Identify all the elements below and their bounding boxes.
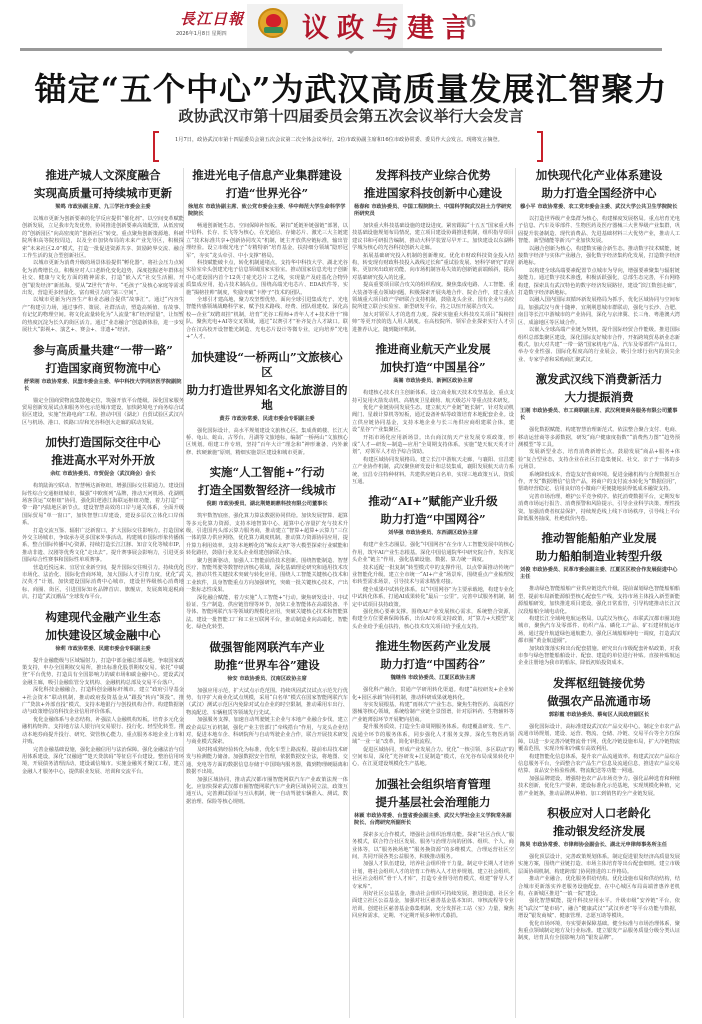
article-title: 助力打造世界知名文化旅游目的地 bbox=[186, 383, 348, 413]
article-paragraph: 优化产业链协同发展生态。建立航天产业链“链长制”，针对发动机阀门、星载计算机等短… bbox=[352, 405, 514, 435]
article-title: 助力打造全国经济中心 bbox=[518, 186, 680, 201]
article-body: 筑牢数智底座，强化算力算法数据协同供给。加快发展智算、超算等多元化算力资源，支持… bbox=[186, 513, 348, 632]
article-byline: 郭彩霞 市政协委员、蔡甸区人民政府副区长 bbox=[518, 712, 680, 719]
article-paragraph: 提高重要项目联合攻关的组织程度。聚焦集成电路、人工智能、重大装备等重点领域问题，… bbox=[352, 282, 514, 312]
article-paragraph: 拓展基础研究投入机制的创新维度。优化市财政科技资金投入结构，转变现有财政科技投入… bbox=[352, 253, 514, 283]
article: 推进光电子信息产业集群建设打造“世界光谷”徐旭东 市政协副主席、致公党市委会主委… bbox=[186, 168, 348, 342]
article-paragraph: 强化智慧赋能，提升科技应用水平。升级市级“安养链”平台，依托“i武汉”“楚市码”… bbox=[518, 898, 680, 920]
article-title: 大力提振消费 bbox=[518, 390, 680, 405]
article-byline: 黄芬 市政协常委、民进市委会专职副主委 bbox=[186, 416, 348, 423]
article-title: 做强智能网联汽车产业 bbox=[186, 640, 348, 655]
article-paragraph: 构筑陆海空联动、智慧畅达新枢纽，增强国际交往联通力。建设国际性综合交通枢纽城市，… bbox=[22, 483, 184, 527]
article-paragraph: 优化金融体系与业态结构，补强法人金融机构短板。培育多元化金融机构矩阵，支持地方法… bbox=[22, 717, 184, 747]
article-body: 强化国际设计，高水平规划建设文旅核心区。集成黄鹤楼、长江大桥、龟山、蛇山、古琴台… bbox=[186, 428, 348, 458]
article-paragraph: 构建区域协同发展格局。建立长江中游航天走廊，与襄阳、宜昌建立产业协作机制，武汉聚… bbox=[352, 457, 514, 487]
article-title: 提升基层社会治理能力 bbox=[352, 795, 514, 810]
article-paragraph: 强化国际设计，高水平规划建设文旅核心区。集成黄鹤楼、长江大桥、龟山、蛇山、古琴台… bbox=[186, 428, 348, 458]
article-paragraph: 锚定全国商贸物流集散地定位，筑强开放平台能级。深化国家服务贸易创新发展试点和服务… bbox=[22, 398, 184, 428]
article-title: 推进产城人文深度融合 bbox=[22, 168, 184, 183]
paper-logo: 長江日報 bbox=[180, 8, 244, 29]
article-byline: 徐旭东 市政协副主席、致公党市委会主委、华中师范大学生命科学学院院长 bbox=[186, 204, 348, 218]
article-title: 积极应对人口老龄化 bbox=[518, 806, 680, 821]
article-paragraph: 提升服务质效，打造全生命周期服务体系。构建覆盖研发、生产、流通全环节的服务体系，… bbox=[352, 724, 514, 746]
article: 加快建设“一桥两山”文旅核心区助力打造世界知名文化旅游目的地黄芬 市政协常委、民… bbox=[186, 350, 348, 458]
article: 加快现代化产业体系建设助力打造全国经济中心穆小平 市政协常委、农工党市委会主委、… bbox=[518, 168, 680, 364]
article-body: 构建核心技术自主创新体系。设立商业航天技术攻坚基金，重点支持可复用火箭发动机、高… bbox=[352, 390, 514, 486]
page-headline: 锚定“五个中心”为武汉高质量发展汇智聚力 bbox=[0, 64, 702, 110]
article-paragraph: 强化国际设计，高标准建设武汉农产品交易中心。制定全市农产品流通市场规划，建设、运… bbox=[518, 724, 680, 754]
section-title: 议政与建言 bbox=[302, 6, 477, 45]
article-byline: 王刚 市政协委员、市工商联副主席、武汉利楚商务服务有限公司董事长 bbox=[518, 408, 680, 422]
article-title: 推进国家科技创新中心建设 bbox=[352, 186, 514, 201]
article-title: 推进高水平对外开放 bbox=[22, 453, 184, 468]
article-paragraph: 构建核心技术自主创新体系。设立商业航天技术攻坚基金，重点支持可复用火箭发动机、高… bbox=[352, 390, 514, 405]
column-2: 推进光电子信息产业集群建设打造“世界光谷”徐旭东 市政协副主席、致公党市委会主委… bbox=[186, 168, 348, 814]
article-byline: 陈昊 市政协常委、市律师协会副会长、湖北元申律师事务所主任 bbox=[518, 842, 680, 849]
article-paragraph: 系统降低成本，营造友好营商环境。促进金融机构与合规数据互合作，开发“数据增信”信… bbox=[518, 472, 680, 494]
article-paragraph: 优化市场环境，夯实要素保障基础。健全标准与市场治理体系，聚焦重点领域制定地方及行… bbox=[518, 921, 680, 943]
article-paragraph: 探索多元合作模式，增强社会组织治理功能。探索“社区合伙人”服务模式，联合符合社区… bbox=[352, 832, 514, 862]
article-paragraph: 发展新型业态，培育消费新增长点。鼓励发展“商品+服务+体验”复合型业态，支持企业… bbox=[518, 449, 680, 471]
article-paragraph: 以嵌入全球高端产业链为契机，提升国际经贸合作能级。推进国际组织总部集聚区建设，深… bbox=[518, 327, 680, 364]
article-byline: 魏继伟 市政协委员、江夏区政协主席 bbox=[352, 675, 514, 682]
article-paragraph: 强化顶层设计，完善政策规划体系。制定促进银发经济高质量发展实施方案，围绕产业链打… bbox=[518, 854, 680, 876]
article-byline: 刘俊 市政协委员、民革市委会副主委、江夏区区校合作发展促进中心主任 bbox=[518, 567, 680, 581]
article-title: 推进光电子信息产业集群建设 bbox=[186, 168, 348, 183]
article-body: 探索多元合作模式，增强社会组织治理功能。探索“社区合伙人”服务模式，联合符合社区… bbox=[352, 832, 514, 921]
article-body: 以城市更新为创新要素的化学反应提供“催化剂”。以空间变革赋能创新发展，立足我市先… bbox=[22, 216, 184, 335]
article-paragraph: 强化数据赋能，构建智慧治理新范式。依法整合聚合支付、电商、移动运营商等多源数据，… bbox=[518, 427, 680, 449]
article-paragraph: 科技赋能破卡点，转化机制通堵点。支持华中科技大学、湖北光谷实验室牵头创建光电子信… bbox=[186, 260, 348, 297]
article: 发挥枢纽链接优势做强农产品流通市场郭彩霞 市政协委员、蔡甸区人民政府副区长强化国… bbox=[518, 676, 680, 798]
article-paragraph: 夯实发展根基，构建“雨林式”产业生态。聚焦生物医药、高端医疗器械等核心领域，系统… bbox=[352, 702, 514, 724]
article: 加强社会组织培育管理提升基层社会治理能力林颖 市政协常委、台盟省委会副主委、武汉… bbox=[352, 777, 514, 921]
right-bracket-icon bbox=[537, 131, 543, 162]
article-body: 畅通创新链生态，空间保障补短板。紧扣“延链补链强链”部署，以中信科、长存、长飞等… bbox=[186, 223, 348, 342]
article-body: 加快重大科技基础设施的建设进度。紧密跟踪“十五五”国家重大科技基础设施规划布局情… bbox=[352, 223, 514, 334]
article-body: 强化数据赋能，构建智慧治理新范式。依法整合聚合支付、电商、移动运营商等多源数据，… bbox=[518, 427, 680, 523]
article-paragraph: 加强服务支撑，加速自动驾驶链主企业与本地产业融合步伐。建立政企高层互访机制，强化… bbox=[186, 717, 348, 747]
article: 推进商业航天产业发展加快打造“中国星谷”高嵩 市政协委员、新洲区政协主席构建核心… bbox=[352, 342, 514, 486]
article-title: 做强农产品流通市场 bbox=[518, 694, 680, 709]
article-byline: 徐莉 市政协常委、民建市委会专职副主委 bbox=[22, 646, 184, 653]
article-paragraph: 深化融合赋能，着力实施“人工智能+”行动。聚焦研发设计、中试验证、生产制造、供应… bbox=[186, 595, 348, 632]
article-title: 加快打造国际交往中心 bbox=[22, 435, 184, 450]
article-paragraph: 构建产业生态圈层。强化“中国网谷”在全市人工智能发展中的核心作用，筑牢AI产业生… bbox=[352, 542, 514, 564]
article-title: 打造“世界光谷” bbox=[186, 186, 348, 201]
article-body: 强化科产融合，贯通产学研用转化渠道。构建“高校研发+企业转化+园区承载”协同机制… bbox=[352, 687, 514, 768]
column-1: 推进产城人文深度融合实现高质量可持续城市更新梁鸣 市政协副主席、九三学社市委会主… bbox=[22, 168, 184, 784]
article-byline: 梁鸣 市政协副主席、九三学社市委会主委 bbox=[22, 204, 184, 211]
article-title: 参与高质量共建“一带一路” bbox=[22, 343, 184, 358]
article-paragraph: 健全成果中试转化体系。以“中国网谷”为主要承载地，构建专业化中试转化体系，打通A… bbox=[352, 587, 514, 609]
article-paragraph: 加强应用示范，扩大试点示范范围。持续巩固武汉试点示范先行优势，有序扩大商业化试点… bbox=[186, 688, 348, 718]
article-paragraph: 畅通创新链生态，空间保障补短板。紧扣“延链补链强链”部署，以中信科、长存、长飞等… bbox=[186, 223, 348, 260]
article-title: 推进商业航天产业发展 bbox=[352, 342, 514, 357]
article-title: 打造国家商贸物流中心 bbox=[22, 361, 184, 376]
column-divider bbox=[515, 168, 516, 1018]
article-body: 构筑陆海空联动、智慧畅达新枢纽，增强国际交往联通力。建设国际性综合交通枢纽城市，… bbox=[22, 483, 184, 602]
article: 推进产城人文深度融合实现高质量可持续城市更新梁鸣 市政协副主席、九三学社市委会主… bbox=[22, 168, 184, 335]
article-byline: 徐安 市政协委员、汉南区政协主席 bbox=[186, 676, 348, 683]
article-paragraph: 全球引才建高地，聚力攻坚塑优势。面向全球引进集成光子、光电智能传感领域战略科学家… bbox=[186, 297, 348, 341]
article-paragraph: 深化科技金融融合，打造科创金融标杆城市。建立“政府引导基金+社会资本”联动机制，… bbox=[22, 687, 184, 717]
article-title: 助力打造“中国药谷” bbox=[352, 657, 514, 672]
article-paragraph: 强化科产融合，贯通产学研用转化渠道。构建“高校研发+企业转化+园区承载”协同机制… bbox=[352, 687, 514, 702]
article: 做强智能网联汽车产业助推“世界车谷”建设徐安 市政协委员、汉南区政协主席加强应用… bbox=[186, 640, 348, 807]
article-paragraph: 聚力创新驱动，加强人工智能前沿技术创新。围绕智能制造、智慧医疗、智能驾驶等数智经… bbox=[186, 558, 348, 595]
article-byline: 刘华强 市政协委员、东西湖区政协主席 bbox=[352, 530, 514, 537]
page-number: 6 bbox=[466, 10, 476, 33]
article-paragraph: 推动产业融合，优化服务供给结构。优化设施布局和供给结构，结合城市更新落实养老服务… bbox=[518, 876, 680, 898]
article-title: 加快建设区域金融中心 bbox=[22, 628, 184, 643]
article-body: 锚定全国商贸物流集散地定位，筑强开放平台能级。深化国家服务贸易创新发展试点和服务… bbox=[22, 398, 184, 428]
article: 激发武汉线下消费新活力大力提振消费王刚 市政协委员、市工商联副主席、武汉利楚商务… bbox=[518, 372, 680, 523]
article-byline: 穆小平 市政协常委、农工党市委会主委、武汉大学公共卫生学院院长 bbox=[518, 204, 680, 211]
article: 推进生物医药产业发展助力打造“中国药谷”魏继伟 市政协委员、江夏区政协主席强化科… bbox=[352, 639, 514, 768]
article-byline: 余红 市政协委员、市贸促会（武汉商会）会长 bbox=[22, 471, 184, 478]
article-body: 提升金融能级与区域辐射力，打造中部金融总部高地。争取国家政策支持，申办全国期权交… bbox=[22, 658, 184, 777]
article-title: 实现高质量可持续城市更新 bbox=[22, 186, 184, 201]
article-paragraph: 完善市场治理，维护公平竞争秩序。依托消费数据平台，定期发布消费市场运行报告、消费… bbox=[518, 494, 680, 524]
issue-date: 2026年1月8日 星期四 bbox=[176, 30, 227, 37]
article-title: 发挥科技产业综合优势 bbox=[352, 168, 514, 183]
article-title: 加快现代化产业体系建设 bbox=[518, 168, 680, 183]
column-4: 加快现代化产业体系建设助力打造全国经济中心穆小平 市政协常委、农工党市委会主委、… bbox=[518, 168, 680, 951]
article-title: 助推“世界车谷”建设 bbox=[186, 658, 348, 673]
article-paragraph: 以构建全球高端要素配置节点城市为导向，增强要素聚集与辐射链接能力。通过数字技术渗… bbox=[518, 268, 680, 298]
article: 推动智能船舶产业发展助力船舶制造业转型升级刘俊 市政协委员、民革市委会副主委、江… bbox=[518, 531, 680, 667]
article: 构建现代金融产业生态加快建设区域金融中心徐莉 市政协常委、民建市委会专职副主委提… bbox=[22, 610, 184, 777]
column-3: 发挥科技产业综合优势推进国家科技创新中心建设杨春和 市政协委员、中国工程院院士、… bbox=[352, 168, 514, 929]
article-paragraph: 用好社区公益基金，推动社会组织可持续发展。推进街道、社区全面建立社区公益基金，加… bbox=[352, 891, 514, 921]
article-title: 助力打造“中国网谷” bbox=[352, 512, 514, 527]
article-paragraph: 筑牢数智底座，强化算力算法数据协同供给。加快发展智算、超算等多元化算力资源，支持… bbox=[186, 513, 348, 557]
article-paragraph: 营造近悦远来、宜居宜业新空间，提升国际交往吸引力。持续优化市场化、法治化、国际化… bbox=[22, 565, 184, 602]
article: 加快打造国际交往中心推进高水平对外开放余红 市政协委员、市贸促会（武汉商会）会长… bbox=[22, 435, 184, 602]
article-paragraph: 加快政策落实和出台配套措施。研究出台市级配套补贴政策，对我市参与绿色智能船舶设计… bbox=[518, 646, 680, 668]
article-body: 构建产业生态圈层。强化“中国网谷”在全市人工智能发展中的核心作用，筑牢AI产业生… bbox=[352, 542, 514, 631]
article-title: 助力船舶制造业转型升级 bbox=[518, 549, 680, 564]
article-paragraph: 以融合创新为核心，构建数实融合新生态。推动数字技术赋能，链接数字经济与实体产业融… bbox=[518, 246, 680, 268]
page-subheadline: 政协武汉市第十四届委员会第五次会议举行大会发言 bbox=[0, 105, 702, 126]
article-body: 推动绿色智能船舶产业供应链迭代升级。提前谋划绿色智能船舶船型，提前布局新能源船型… bbox=[518, 586, 680, 667]
article: 发挥科技产业综合优势推进国家科技创新中心建设杨春和 市政协委员、中国工程院院士、… bbox=[352, 168, 514, 334]
article-paragraph: 加强区域协同，推动武汉都市圈智能网联汽车产业政策法规一体化。应加快探索武汉都市圈… bbox=[186, 777, 348, 807]
article-body: 加强应用示范，扩大试点示范范围。持续巩固武汉试点示范先行优势，有序扩大商业化试点… bbox=[186, 688, 348, 807]
article-body: 强化顶层设计，完善政策规划体系。制定促进银发经济高质量发展实施方案，围绕产业链打… bbox=[518, 854, 680, 943]
article-paragraph: 加强人才队伍建设，培养社会组织骨干力量。制定中长期人才培养计划，将社会组织人才的… bbox=[352, 861, 514, 891]
emblem-base-icon bbox=[264, 27, 283, 33]
article-paragraph: 加大对领军人才的选育力度。探索实施重大科技攻关项目“揭榜挂帅”等更开放的选人用人… bbox=[352, 312, 514, 334]
article: 实施“人工智能+”行动打造全国数智经济一线城市倪朗 市政协委员、湖北荆楚朗鼎科技… bbox=[186, 465, 348, 632]
article-paragraph: 加强品牌建设，增强特色农产品市场竞争力。强化品种选育和种植技术创新，优化生产要素… bbox=[518, 776, 680, 798]
article-paragraph: 构建智能化信息体系，提升农产品流通效率。构建武汉农产品综合信息服务平台，全面整合… bbox=[518, 754, 680, 776]
article-paragraph: 打造交流互鉴、辐射广泛新窗口，扩大国际交往影响力。打造国家外交主场城市，争取承办… bbox=[22, 528, 184, 565]
column-divider bbox=[349, 168, 350, 1018]
article-byline: 舒荣刚 市政协常委、民盟市委会主委、华中科技大学同济医学院副院长 bbox=[22, 379, 184, 393]
article-byline: 倪朗 市政协委员、湖北荆楚朗鼎科技有限公司董事长 bbox=[186, 501, 348, 508]
article-byline: 高嵩 市政协委员、新洲区政协主席 bbox=[352, 378, 514, 385]
article-paragraph: 以城市更新为消费升级的场景体验提供“孵化器”。将社会压力点转化为消费增长点。积极… bbox=[22, 260, 184, 297]
article-title: 构建现代金融产业生态 bbox=[22, 610, 184, 625]
article-byline: 杨春和 市政协委员、中国工程院院士、中国科学院武汉岩土力学研究所研究员 bbox=[352, 204, 514, 218]
article-paragraph: 技术适配一批复制“转型模式中的支撑作用，以点带面推动传统产业智能化升级。建立全市… bbox=[352, 565, 514, 587]
article-title: 实施“人工智能+”行动 bbox=[186, 465, 348, 480]
cppcc-emblem-icon bbox=[258, 8, 288, 38]
article: 积极应对人口老龄化推动银发经济发展陈昊 市政协常委、市律师协会副会长、湖北元申律… bbox=[518, 806, 680, 943]
article-paragraph: 以城市更新为内容生产和业态融合提供“故事汇”。通过“内容生产”构建引力场，通过事… bbox=[22, 297, 184, 334]
article: 推动“AI+”赋能产业升级助力打造“中国网谷”刘华强 市政协委员、东西湖区政协主… bbox=[352, 494, 514, 631]
article-body: 强化国际设计，高标准建设武汉农产品交易中心。制定全市农产品流通市场规划，建设、运… bbox=[518, 724, 680, 798]
emblem-star-icon bbox=[266, 14, 281, 27]
article-paragraph: 完善金融基础设施，强化金融信用与法治保障。强化金融法治与信用体系建设，深化“汉融… bbox=[22, 747, 184, 777]
article-title: 打造全国数智经济一线城市 bbox=[186, 483, 348, 498]
article-paragraph: 以打造世界级产业集群为核心，构建梯度发展格局。重点培育光电子信息、汽车及零部件、… bbox=[518, 216, 680, 246]
article-title: 激发武汉线下消费新活力 bbox=[518, 372, 680, 387]
article-title: 加快建设“一桥两山”文旅核心区 bbox=[186, 350, 348, 380]
article-title: 推动“AI+”赋能产业升级 bbox=[352, 494, 514, 509]
article-paragraph: 强化核心要素支撑。围绕AI产业发展核心需求，系统整合资源，构建全方位要素保障体系… bbox=[352, 609, 514, 631]
article-title: 推进生物医药产业发展 bbox=[352, 639, 514, 654]
article-title: 加快打造“中国星谷” bbox=[352, 360, 514, 375]
masthead-rule-notch bbox=[347, 50, 355, 54]
masthead-rule bbox=[20, 48, 662, 51]
article-paragraph: 加快重大科技基础设施的建设进度。紧密跟踪“十五五”国家重大科技基础设施规划布局情… bbox=[352, 223, 514, 253]
article-title: 加强社会组织培育管理 bbox=[352, 777, 514, 792]
article-title: 推动智能船舶产业发展 bbox=[518, 531, 680, 546]
article-paragraph: 以融入国内国际双循环新发展格局为抓手，优化区域协同与空间布局。加强武汉与黄十随神… bbox=[518, 297, 680, 327]
article: 参与高质量共建“一带一路”打造国家商贸物流中心舒荣刚 市政协常委、民盟市委会主委… bbox=[22, 343, 184, 428]
article-paragraph: 构建长江全域纯电航运格局。以武汉为核心，串联武汉都市圈其他城市，聚焦汽车及零部件… bbox=[518, 616, 680, 646]
article-paragraph: 提升金融能级与区域辐射力，打造中部金融总部高地。争取国家政策支持，申办全国期权交… bbox=[22, 658, 184, 688]
article-paragraph: 及时将成熟经验转化为标准，优化车型上路流程。提前布局技术研发与检测能力储备。加强… bbox=[186, 747, 348, 777]
masthead: 長江日報 2026年1月8日 星期四 议政与建言 6 bbox=[0, 0, 702, 50]
article-paragraph: 开拓市场化应用新场景。出台商汉航天产业发展专项政策，形成“人才—研发—制造—应用… bbox=[352, 435, 514, 457]
article-title: 发挥枢纽链接优势 bbox=[518, 676, 680, 691]
article-title: 推动银发经济发展 bbox=[518, 824, 680, 839]
article-byline: 林颖 市政协常委、台盟省委会副主委、武汉大学社会主义学院常务副院长、台湾研究所副… bbox=[352, 813, 514, 827]
article-paragraph: 促进区域协同，形成产业发展合力。优化“一核引领、多区联动”的空间布局，深化“光谷… bbox=[352, 747, 514, 769]
article-body: 以打造世界级产业集群为核心，构建梯度发展格局。重点培育光电子信息、汽车及零部件、… bbox=[518, 216, 680, 364]
article-paragraph: 推动绿色智能船舶产业供应链迭代升级。提前谋划绿色智能船舶船型，提前布局新能源船型… bbox=[518, 586, 680, 616]
article-paragraph: 以城市更新为创新要素的化学反应提供“催化剂”。以空间变革赋能创新发展，立足我市先… bbox=[22, 216, 184, 260]
lede-intro: 1月7日，政协武汉市第十四届委员会第五次会议第二次全体会议举行，2位市政协副主席… bbox=[153, 131, 543, 163]
